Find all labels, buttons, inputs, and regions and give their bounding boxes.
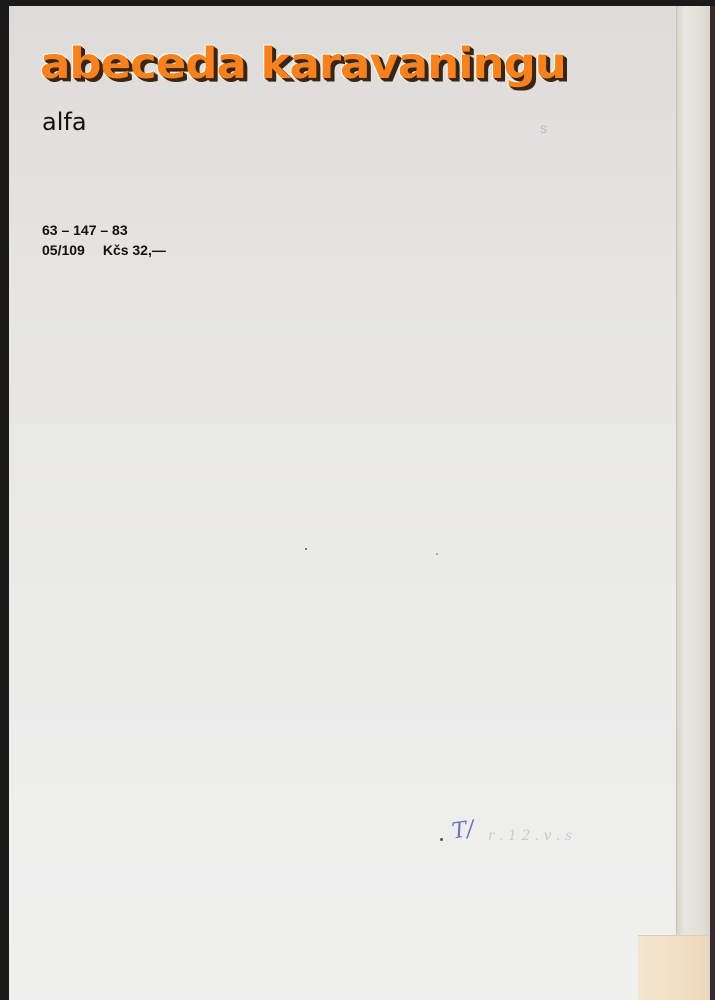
publisher-logo: alfa — [42, 108, 87, 136]
book-back-cover — [9, 6, 715, 1000]
spine-edge — [710, 6, 715, 1000]
catalog-info: 63 – 147 – 83 05/109Kčs 32,— — [42, 220, 184, 260]
library-sticker — [638, 935, 708, 1000]
edition-price-row: 05/109Kčs 32,— — [42, 240, 184, 260]
price: Kčs 32,— — [103, 242, 166, 258]
handwritten-note: T/ — [450, 817, 475, 845]
edition-code: 05/109 — [42, 242, 85, 258]
book-title: abeceda karavaningu — [40, 38, 566, 88]
handwritten-note-faint: r . 1 2 . v . s — [488, 828, 572, 844]
speck — [305, 548, 307, 550]
stamp-mark: s — [540, 120, 547, 136]
catalog-number: 63 – 147 – 83 — [42, 220, 184, 240]
speck — [436, 553, 438, 555]
speck — [440, 838, 443, 841]
